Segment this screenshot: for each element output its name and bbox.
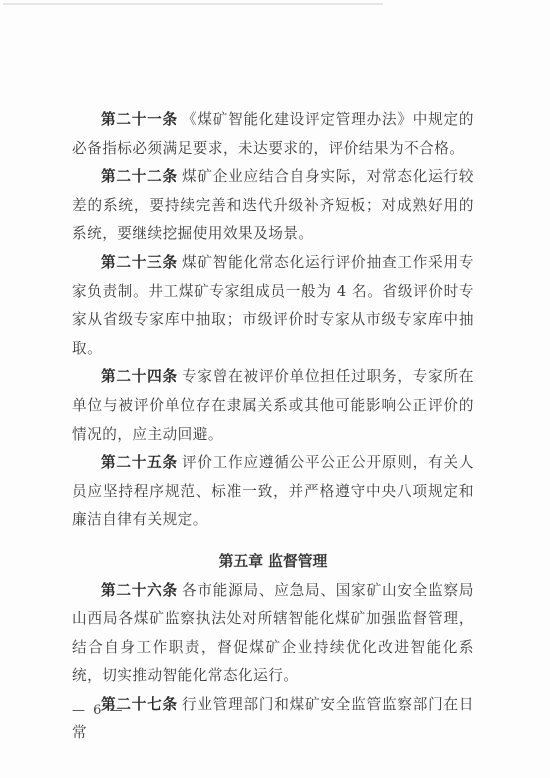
article-26: 第二十六条各市能源局、应急局、国家矿山安全监察局山西局各煤矿监察执法处对所辖智能… <box>72 577 474 691</box>
chapter-title: 第五章 监督管理 <box>72 548 474 577</box>
article-27: 第二十七条行业管理部门和煤矿安全监管监察部门在日常 <box>72 691 474 748</box>
article-label: 第二十六条 <box>101 582 178 599</box>
article-24: 第二十四条专家曾在被评价单位担任过职务，专家所在单位与被评价单位存在隶属关系或其… <box>72 363 474 449</box>
article-22: 第二十二条煤矿企业应结合自身实际，对常态化运行较差的系统，要持续完善和迭代升级补… <box>72 163 474 249</box>
page-number: — 6 — <box>72 703 125 718</box>
article-23: 第二十三条煤矿智能化常态化运行评价抽查工作采用专家负责制。井工煤矿专家组成员一般… <box>72 249 474 363</box>
article-label: 第二十二条 <box>101 168 178 185</box>
article-label: 第二十五条 <box>101 454 178 471</box>
article-label: 第二十一条 <box>101 111 178 128</box>
scan-edge-line <box>3 3 383 5</box>
article-label: 第二十三条 <box>101 254 178 271</box>
article-21: 第二十一条《煤矿智能化建设评定管理办法》中规定的必备指标必须满足要求，未达要求的… <box>72 106 474 163</box>
article-25: 第二十五条评价工作应遵循公平公正公开原则，有关人员应坚持程序规范、标准一致，并严… <box>72 449 474 535</box>
article-label: 第二十四条 <box>101 368 178 385</box>
document-page: 第二十一条《煤矿智能化建设评定管理办法》中规定的必备指标必须满足要求，未达要求的… <box>72 106 474 748</box>
